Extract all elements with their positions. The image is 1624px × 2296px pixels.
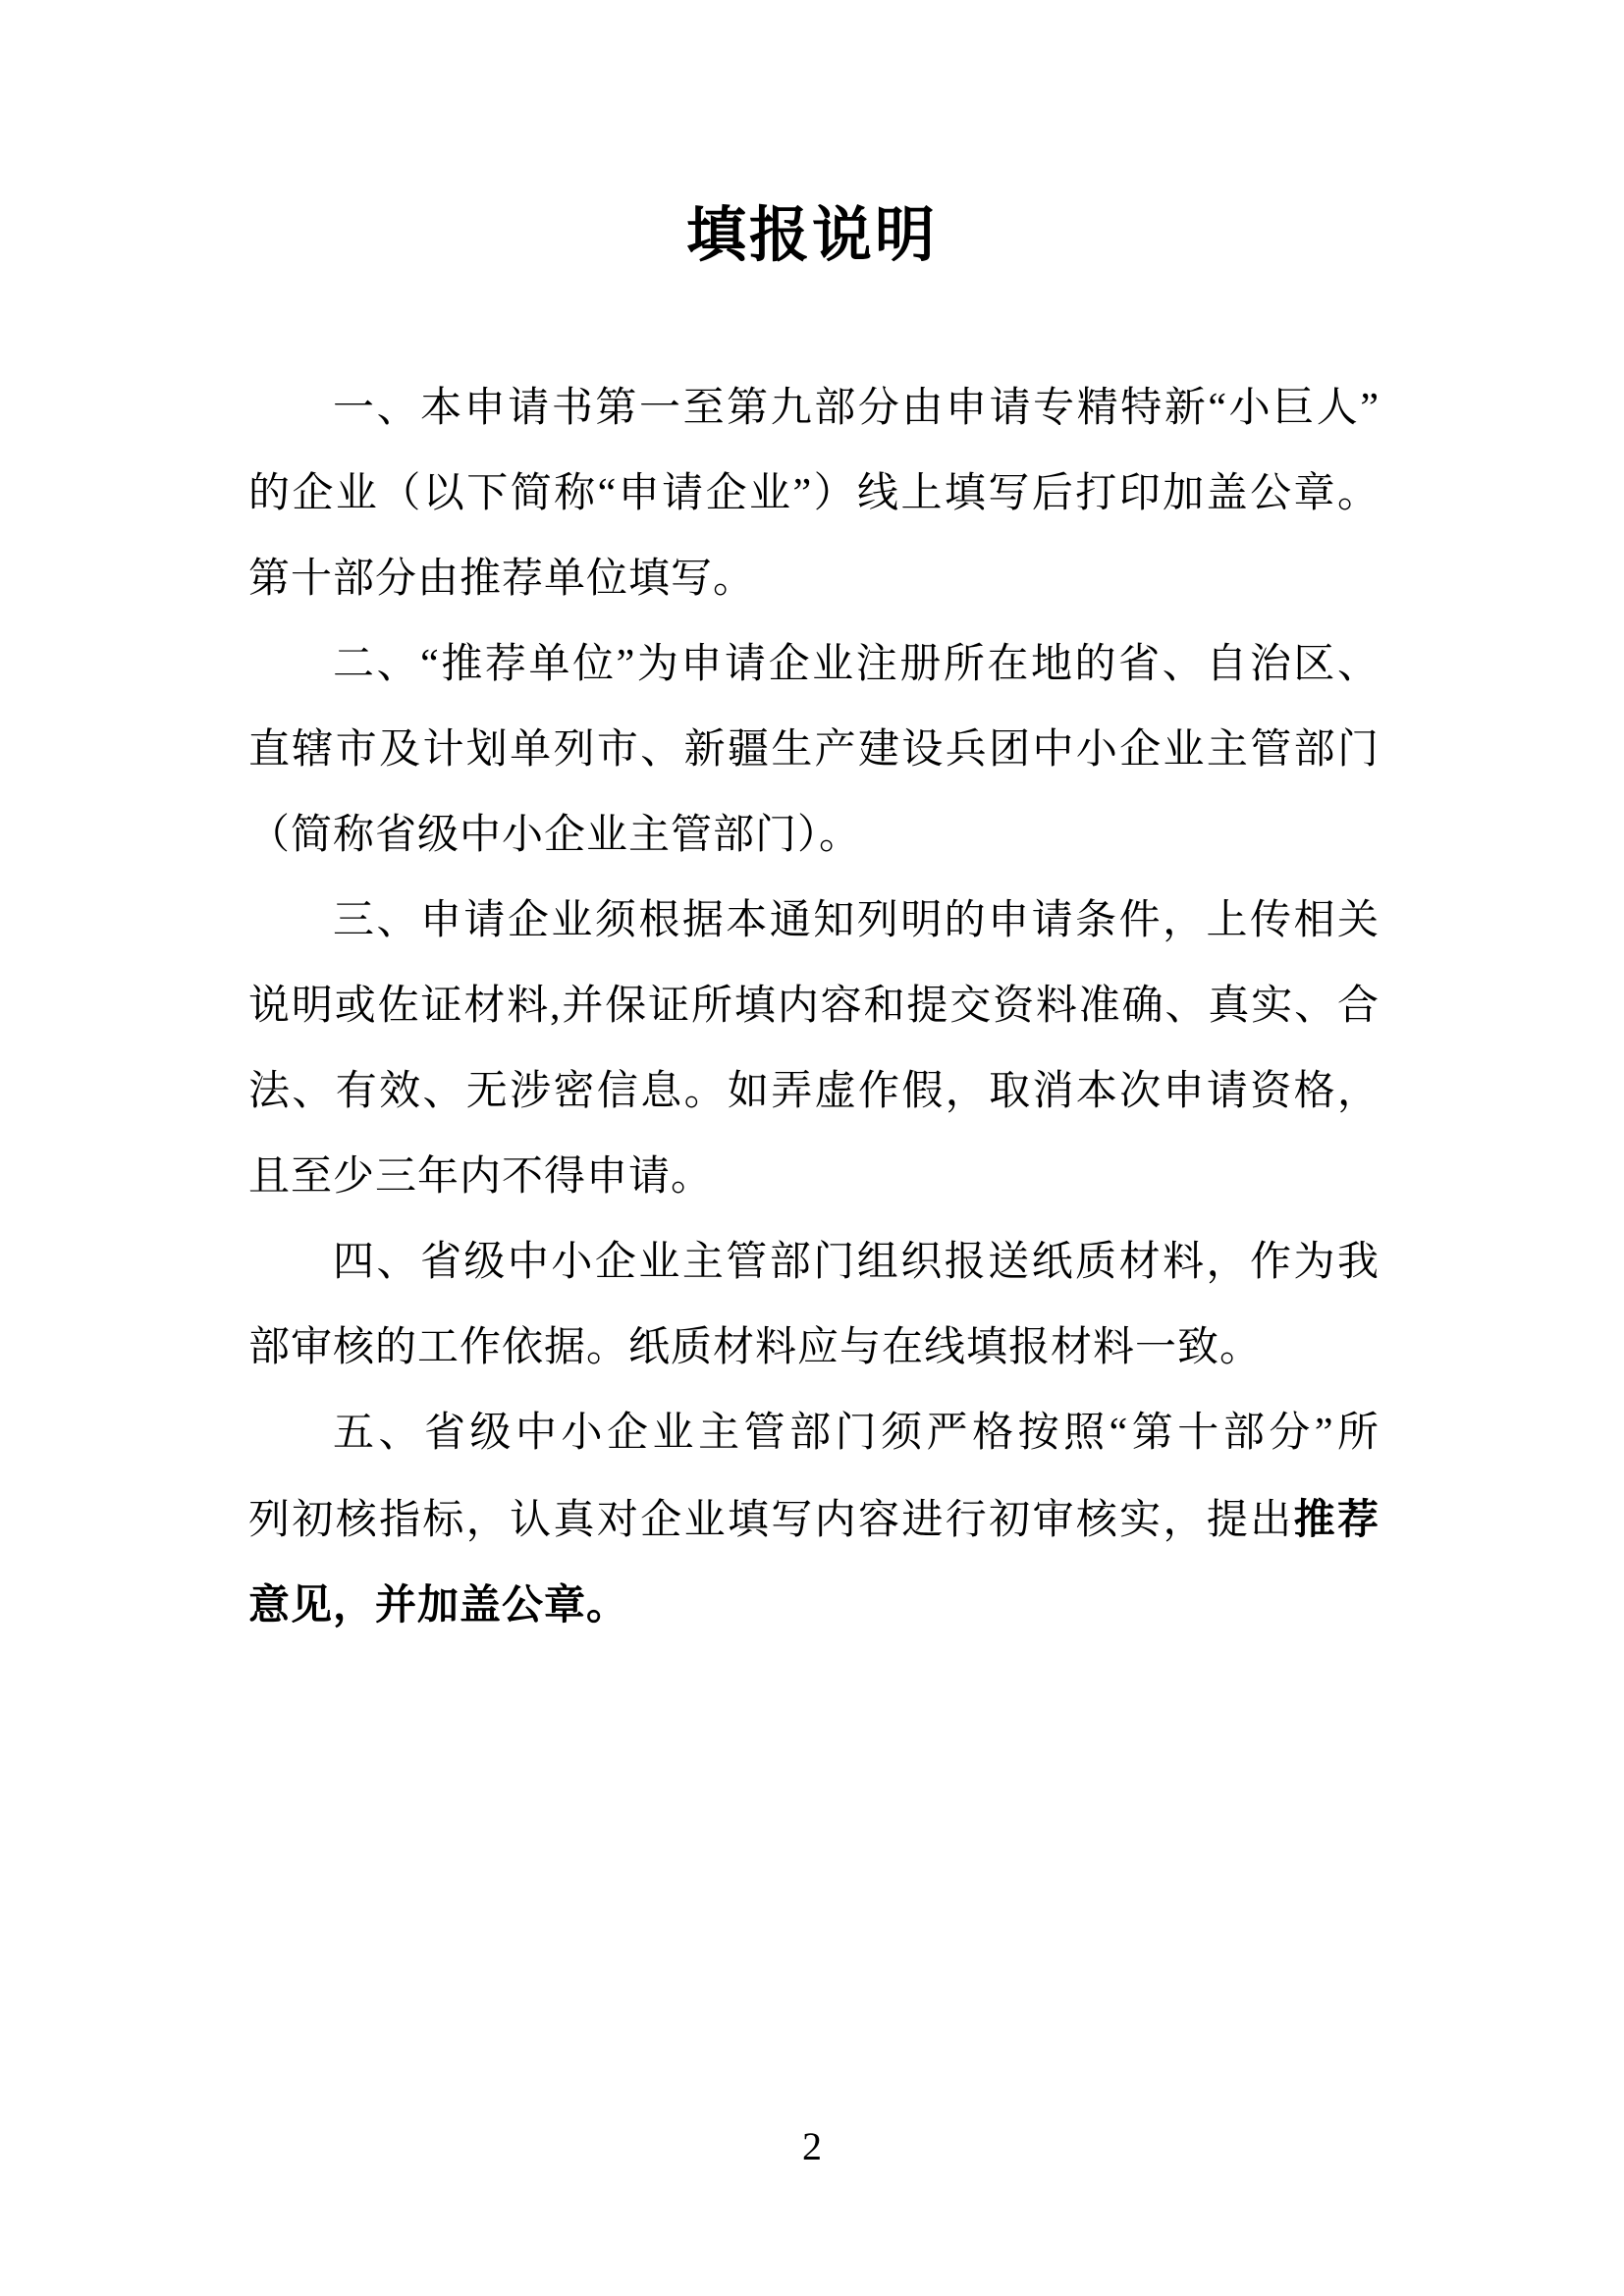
paragraph: 五、省级中小企业主管部门须严格按照“第十部分”所列初核指标，认真对企业填写内容进…	[248, 1391, 1380, 1647]
body-text: 列初核指标，认真对企业填写内容进行初审核实，提出	[248, 1498, 1294, 1543]
emphasized-text: 推荐	[1294, 1496, 1380, 1542]
body-text: 的企业（以下简称“申请企业”）线上填写后打印加盖公章。	[248, 471, 1380, 516]
text-line: 说明或佐证材料,并保证所填内容和提交资料准确、真实、合	[248, 964, 1380, 1049]
body-text: 且至少三年内不得申请。	[248, 1154, 713, 1200]
text-line: 五、省级中小企业主管部门须严格按照“第十部分”所	[248, 1391, 1380, 1476]
text-line: 列初核指标，认真对企业填写内容进行初审核实，提出推荐	[248, 1476, 1380, 1562]
page-number: 2	[802, 2124, 822, 2168]
body-text: 一、本申请书第一至第九部分由申请专精特新“小巨人”	[333, 386, 1380, 431]
text-line: 四、省级中小企业主管部门组织报送纸质材料，作为我	[248, 1220, 1380, 1306]
text-line: 的企业（以下简称“申请企业”）线上填写后打印加盖公章。	[248, 452, 1380, 537]
text-line: 意见，并加盖公章。	[248, 1562, 1380, 1647]
body-text: 直辖市及计划单列市、新疆生产建设兵团中小企业主管部门	[248, 727, 1380, 773]
page-title: 填报说明	[0, 200, 1624, 273]
body-text: 第十部分由推荐单位填写。	[248, 557, 755, 602]
body-text: 五、省级中小企业主管部门须严格按照“第十部分”所	[333, 1411, 1380, 1456]
text-line: 第十部分由推荐单位填写。	[248, 537, 1380, 622]
body-text: 法、有效、无涉密信息。如弄虚作假，取消本次申请资格，	[248, 1069, 1380, 1114]
body-text: 二、“推荐单位”为申请企业注册所在地的省、自治区、	[333, 642, 1380, 687]
paragraph: 四、省级中小企业主管部门组织报送纸质材料，作为我部审核的工作依据。纸质材料应与在…	[248, 1220, 1380, 1391]
document-page: { "document": { "title": "填报说明", "paragr…	[0, 0, 1624, 2296]
document-body: 一、本申请书第一至第九部分由申请专精特新“小巨人”的企业（以下简称“申请企业”）…	[248, 366, 1380, 1647]
paragraph: 二、“推荐单位”为申请企业注册所在地的省、自治区、直辖市及计划单列市、新疆生产建…	[248, 622, 1380, 879]
text-line: （简称省级中小企业主管部门）。	[248, 793, 1380, 879]
text-line: 且至少三年内不得申请。	[248, 1135, 1380, 1220]
text-line: 二、“推荐单位”为申请企业注册所在地的省、自治区、	[248, 622, 1380, 708]
text-line: 一、本申请书第一至第九部分由申请专精特新“小巨人”	[248, 366, 1380, 452]
page-footer: 2	[0, 2125, 1624, 2168]
emphasized-text: 意见，并加盖公章。	[248, 1581, 628, 1628]
body-text: （简称省级中小企业主管部门）。	[248, 813, 861, 858]
text-line: 三、申请企业须根据本通知列明的申请条件，上传相关	[248, 879, 1380, 964]
paragraph: 一、本申请书第一至第九部分由申请专精特新“小巨人”的企业（以下简称“申请企业”）…	[248, 366, 1380, 622]
body-text: 三、申请企业须根据本通知列明的申请条件，上传相关	[333, 898, 1380, 943]
body-text: 部审核的工作依据。纸质材料应与在线填报材料一致。	[248, 1325, 1262, 1370]
body-text: 说明或佐证材料,并保证所填内容和提交资料准确、真实、合	[248, 984, 1380, 1029]
text-line: 直辖市及计划单列市、新疆生产建设兵团中小企业主管部门	[248, 708, 1380, 793]
text-line: 部审核的工作依据。纸质材料应与在线填报材料一致。	[248, 1306, 1380, 1391]
body-text: 四、省级中小企业主管部门组织报送纸质材料，作为我	[333, 1240, 1380, 1285]
paragraph: 三、申请企业须根据本通知列明的申请条件，上传相关说明或佐证材料,并保证所填内容和…	[248, 879, 1380, 1220]
text-line: 法、有效、无涉密信息。如弄虚作假，取消本次申请资格，	[248, 1049, 1380, 1135]
